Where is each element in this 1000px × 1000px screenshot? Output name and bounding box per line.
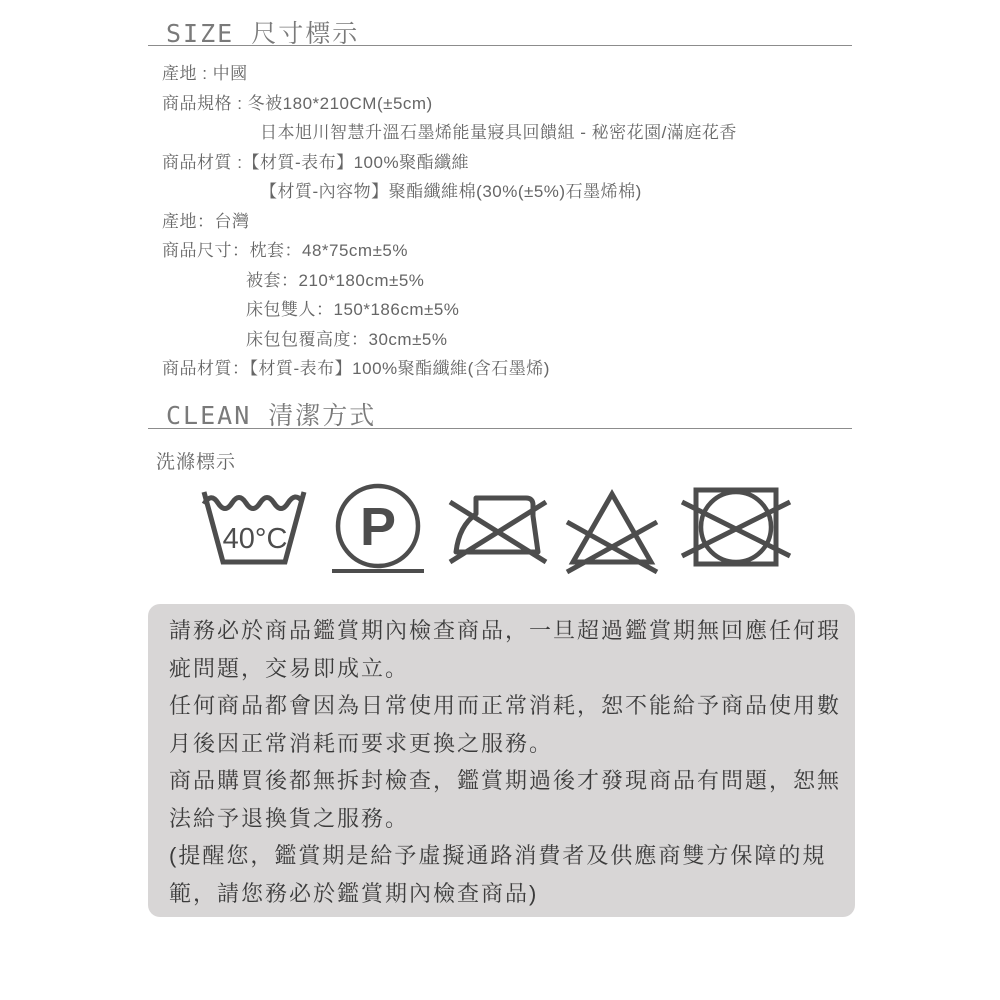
notice-line: 法給予退換貨之服務。	[169, 800, 835, 838]
do-not-bleach-icon	[562, 488, 662, 576]
spec-line-size-duvet-cover: 被套：210*180cm±5%	[162, 266, 882, 296]
clean-heading-divider	[148, 428, 852, 429]
notice-line: (提醒您，鑑賞期是給予虛擬通路消費者及供應商雙方保障的規	[169, 837, 835, 875]
spec-line-size-pillowcase: 商品尺寸：枕套：48*75cm±5%	[162, 236, 882, 266]
spec-line-material-outer: 商品材質 :【材質-表布】100%聚酯纖維	[162, 148, 882, 178]
spec-line-size-sheet-depth: 床包包覆高度：30cm±5%	[162, 325, 882, 355]
notice-line: 範，請您務必於鑑賞期內檢查商品)	[169, 875, 835, 913]
spec-line-product-name: 日本旭川智慧升溫石墨烯能量寢具回饋組 - 秘密花園/滿庭花香	[162, 118, 882, 148]
dry-clean-p-icon: P	[328, 482, 428, 574]
clean-section-heading: CLEAN 清潔方式	[166, 396, 376, 432]
spec-line-size-fitted-sheet: 床包雙人：150*186cm±5%	[162, 295, 882, 325]
spec-line-origin: 產地 : 中國	[162, 59, 882, 89]
notice-line: 疵問題，交易即成立。	[169, 650, 835, 688]
wash-temperature-label: 40°C	[223, 523, 288, 555]
spec-line-material-sheet: 商品材質：【材質-表布】100%聚酯纖維(含石墨烯)	[162, 354, 882, 384]
do-not-tumble-dry-icon	[680, 484, 792, 572]
spec-line-specification: 商品規格 : 冬被180*210CM(±5cm)	[162, 89, 882, 119]
spec-line-material-filling: 【材質-內容物】聚酯纖維棉(30%(±5%)石墨烯棉)	[162, 177, 882, 207]
product-spec-list: 產地 : 中國 商品規格 : 冬被180*210CM(±5cm) 日本旭川智慧升…	[162, 59, 882, 384]
wash-care-label: 洗滌標示	[156, 447, 236, 474]
notice-line: 商品購買後都無拆封檢查，鑑賞期過後才發現商品有問題，恕無	[169, 762, 835, 800]
do-not-iron-icon	[446, 490, 550, 572]
dry-clean-letter: P	[360, 497, 396, 557]
machine-wash-40c-icon: 40°C	[198, 488, 310, 568]
notice-line: 月後因正常消耗而要求更換之服務。	[169, 725, 835, 763]
notice-line: 任何商品都會因為日常使用而正常消耗，恕不能給予商品使用數	[169, 687, 835, 725]
size-heading-divider	[148, 45, 852, 46]
spec-line-origin-taiwan: 產地：台灣	[162, 207, 882, 237]
notice-line: 請務必於商品鑑賞期內檢查商品，一旦超過鑑賞期無回應任何瑕	[169, 612, 835, 650]
purchase-notice-box: 請務必於商品鑑賞期內檢查商品，一旦超過鑑賞期無回應任何瑕 疵問題，交易即成立。 …	[148, 604, 855, 917]
